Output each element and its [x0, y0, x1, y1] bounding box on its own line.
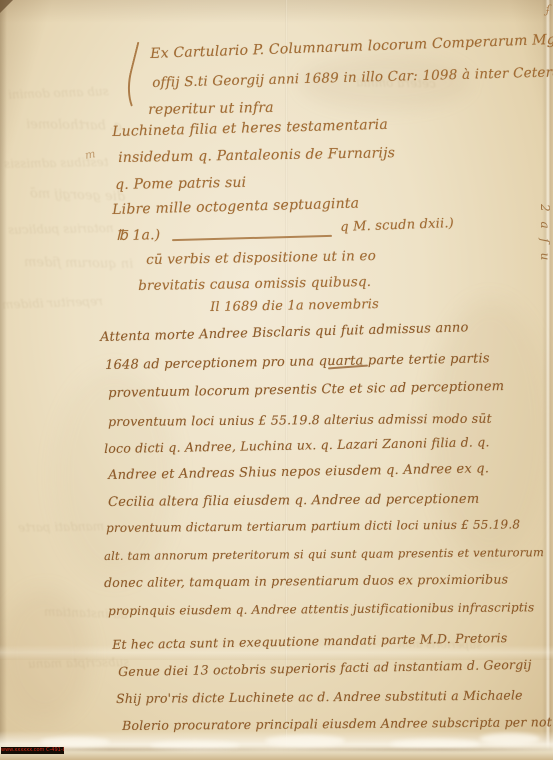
bleedthrough-text: sub anno domini [8, 84, 109, 102]
left-margin-ink-mark: m [84, 147, 97, 162]
manuscript-line: propinquis eiusdem q. Andree attentis ju… [108, 600, 534, 618]
bleedthrough-text: notarius publicus [8, 221, 114, 237]
bleedthrough-text: reperitur ibidem [2, 294, 103, 312]
manuscript-line: Luchineta filia et heres testamentaria [112, 117, 388, 140]
manuscript-line: Genue diei 13 octobris superioris facti … [118, 657, 532, 679]
amount-dash-line [172, 235, 332, 241]
manuscript-line date-line: Il 1689 die 1a novembris [210, 297, 379, 315]
paper-crinkle-highlight [40, 737, 110, 747]
top-right-ink-mark: ʄ [546, 3, 550, 16]
paper-crinkle-highlight [265, 735, 345, 747]
manuscript-line: reperitur ut infra [148, 100, 274, 118]
watermark-text: www.xxxxxx.com C-491-892 [1, 747, 64, 753]
manuscript-line: Cecilia altera filia eiusdem q. Andree a… [108, 492, 479, 510]
paper-edge-shadow-line [0, 748, 553, 751]
bleedthrough-text: q. bartholomei [26, 117, 123, 134]
bleedthrough-text: subscripta manu [28, 655, 130, 671]
manuscript-line: Libre mille octogenta septuaginta [112, 196, 359, 218]
paper-crinkle-highlight [480, 733, 540, 745]
bleedthrough-text: in quorum fidem [24, 255, 133, 272]
right-edge-annotation: 2 a ſ u [538, 204, 552, 263]
manuscript-line amount-left: ℔ 1a.) [116, 227, 161, 244]
bleedthrough-text: mandati parte [18, 519, 104, 535]
manuscript-line: donec aliter, tamquam in presentiarum du… [104, 571, 508, 590]
manuscript-line: 1648 ad perceptionem pro una quarta part… [105, 351, 490, 373]
manuscript-line amount-right: q M. scudn dxii.) [340, 216, 454, 235]
manuscript-line: insidedum q. Pantaleonis de Furnarijs [118, 145, 395, 166]
manuscript-line: cū verbis et dispositione ut in eo [146, 248, 376, 268]
manuscript-line: brevitatis causa omissis quibusq. [138, 274, 371, 294]
manuscript-paper: sub anno domini q. bartholomei testibus … [0, 0, 553, 760]
manuscript-line: q. Pome patris sui [115, 175, 246, 193]
manuscript-line: Shij pro'ris dicte Luchinete ac d. Andre… [116, 687, 523, 706]
manuscript-line: alt. tam annorum preteritorum si qui sun… [104, 545, 544, 563]
watermark-label: www.xxxxxx.com C-491-892 [1, 747, 64, 754]
